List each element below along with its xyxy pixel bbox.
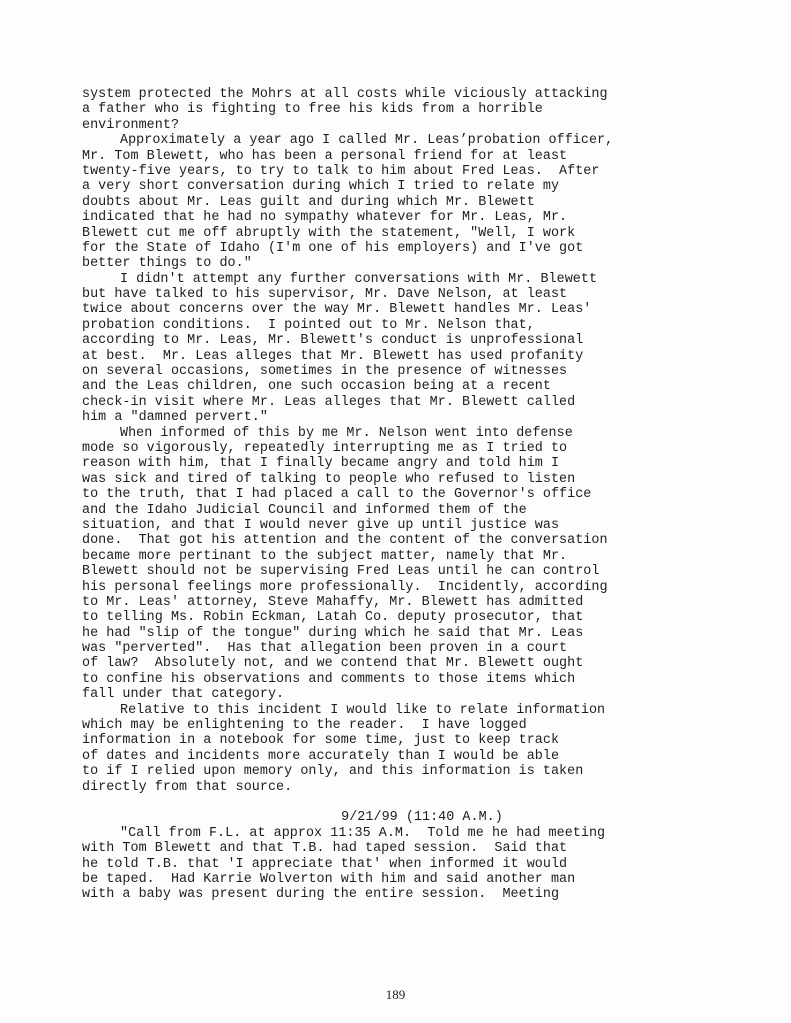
text-line: done. That got his attention and the con… [82, 533, 722, 548]
text-line: he told T.B. that 'I appreciate that' wh… [82, 857, 722, 872]
text-line: doubts about Mr. Leas guilt and during w… [82, 195, 722, 210]
text-line: environment? [82, 118, 722, 133]
text-line: with a baby was present during the entir… [82, 887, 722, 902]
text-line: twice about concerns over the way Mr. Bl… [82, 302, 722, 317]
text-line: to confine his observations and comments… [82, 672, 722, 687]
document-body-text: system protected the Mohrs at all costs … [82, 87, 722, 903]
text-line: which may be enlightening to the reader.… [82, 718, 722, 733]
text-line: twenty-five years, to try to talk to him… [82, 164, 722, 179]
text-line: information in a notebook for some time,… [82, 733, 722, 748]
document-page: system protected the Mohrs at all costs … [0, 0, 791, 1023]
text-line: system protected the Mohrs at all costs … [82, 87, 722, 102]
text-line: indicated that he had no sympathy whatev… [82, 210, 722, 225]
text-line: probation conditions. I pointed out to M… [82, 318, 722, 333]
text-line: him a "damned pervert." [82, 410, 722, 425]
text-line: Blewett cut me off abruptly with the sta… [82, 226, 722, 241]
text-line: was "perverted". Has that allegation bee… [82, 641, 722, 656]
text-line: according to Mr. Leas, Mr. Blewett's con… [82, 333, 722, 348]
text-line: I didn't attempt any further conversatio… [82, 272, 722, 287]
text-line: When informed of this by me Mr. Nelson w… [82, 426, 722, 441]
text-line: to if I relied upon memory only, and thi… [82, 764, 722, 779]
text-line: with Tom Blewett and that T.B. had taped… [82, 841, 722, 856]
text-line: was sick and tired of talking to people … [82, 472, 722, 487]
text-line: Mr. Tom Blewett, who has been a personal… [82, 149, 722, 164]
text-line: to telling Ms. Robin Eckman, Latah Co. d… [82, 610, 722, 625]
text-line: better things to do." [82, 256, 722, 271]
text-line: to Mr. Leas' attorney, Steve Mahaffy, Mr… [82, 595, 722, 610]
text-line: mode so vigorously, repeatedly interrupt… [82, 441, 722, 456]
text-line: to the truth, that I had placed a call t… [82, 487, 722, 502]
text-line: a very short conversation during which I… [82, 179, 722, 194]
text-line: his personal feelings more professionall… [82, 580, 722, 595]
text-line: became more pertinant to the subject mat… [82, 549, 722, 564]
text-line: and the Leas children, one such occasion… [82, 379, 722, 394]
text-line: "Call from F.L. at approx 11:35 A.M. Tol… [82, 826, 722, 841]
text-line: a father who is fighting to free his kid… [82, 102, 722, 117]
text-line: at best. Mr. Leas alleges that Mr. Blewe… [82, 349, 722, 364]
text-line: on several occasions, sometimes in the p… [82, 364, 722, 379]
page-number: 189 [0, 987, 791, 1003]
text-line: for the State of Idaho (I'm one of his e… [82, 241, 722, 256]
text-line: be taped. Had Karrie Wolverton with him … [82, 872, 722, 887]
text-line: of law? Absolutely not, and we contend t… [82, 656, 722, 671]
text-line: and the Idaho Judicial Council and infor… [82, 503, 722, 518]
text-line: he had "slip of the tongue" during which… [82, 626, 722, 641]
text-line: but have talked to his supervisor, Mr. D… [82, 287, 722, 302]
text-line: of dates and incidents more accurately t… [82, 749, 722, 764]
text-line: Approximately a year ago I called Mr. Le… [82, 133, 722, 148]
text-line: reason with him, that I finally became a… [82, 456, 722, 471]
text-line: check-in visit where Mr. Leas alleges th… [82, 395, 722, 410]
text-line [82, 795, 722, 810]
text-line: directly from that source. [82, 780, 722, 795]
text-line: Blewett should not be supervising Fred L… [82, 564, 722, 579]
text-line: Relative to this incident I would like t… [82, 703, 722, 718]
log-entry-heading: 9/21/99 (11:40 A.M.) [82, 810, 722, 825]
text-line: fall under that category. [82, 687, 722, 702]
text-line: situation, and that I would never give u… [82, 518, 722, 533]
